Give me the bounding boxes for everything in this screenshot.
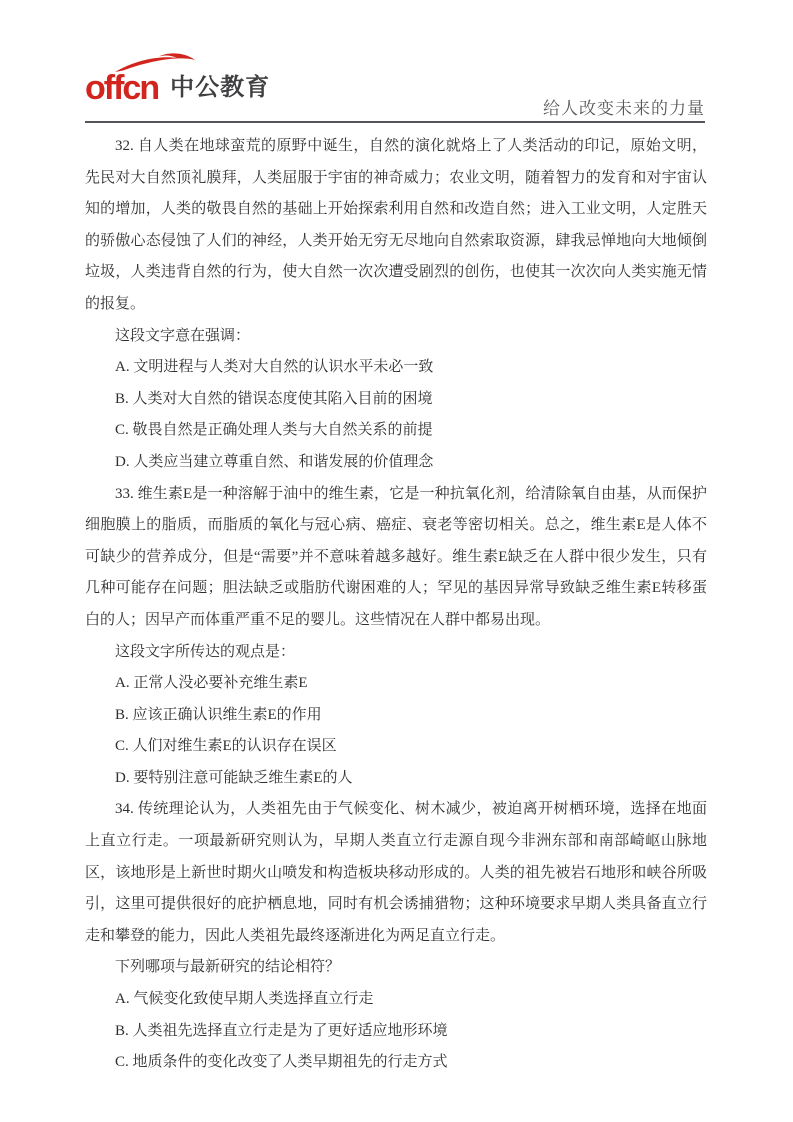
question-stem: 这段文字意在强调：	[85, 321, 707, 353]
questions-area: 32. 自人类在地球蛮荒的原野中诞生，自然的演化就烙上了人类活动的印记，原始文明…	[85, 131, 707, 1079]
question-option: C. 人们对维生素E的认识存在误区	[85, 731, 707, 763]
question-body: 32. 自人类在地球蛮荒的原野中诞生，自然的演化就烙上了人类活动的印记，原始文明…	[85, 131, 707, 321]
question-body: 34. 传统理论认为，人类祖先由于气候变化、树木减少，被迫离开树栖环境，选择在地…	[85, 794, 707, 952]
header-divider	[85, 121, 705, 123]
question-option: B. 人类对大自然的错误态度使其陷入目前的困境	[85, 384, 707, 416]
question-option: D. 人类应当建立尊重自然、和谐发展的价值理念	[85, 447, 707, 479]
logo-cn-text: 中公教育	[170, 73, 270, 105]
question-option: C. 地质条件的变化改变了人类早期祖先的行走方式	[85, 1047, 707, 1079]
question-option: A. 气候变化致使早期人类选择直立行走	[85, 984, 707, 1016]
logo-swoosh-icon	[115, 53, 197, 73]
question-block: 33. 维生素E是一种溶解于油中的维生素，它是一种抗氧化剂，给清除氧自由基，从而…	[85, 479, 707, 795]
question-body: 33. 维生素E是一种溶解于油中的维生素，它是一种抗氧化剂，给清除氧自由基，从而…	[85, 479, 707, 637]
question-block: 32. 自人类在地球蛮荒的原野中诞生，自然的演化就烙上了人类活动的印记，原始文明…	[85, 131, 707, 479]
question-option: A. 正常人没必要补充维生素E	[85, 668, 707, 700]
offcn-logo: offcn 中公教育	[85, 55, 270, 105]
question-option: A. 文明进程与人类对大自然的认识水平未必一致	[85, 352, 707, 384]
page-header: offcn 中公教育 给人改变未来的力量	[0, 0, 793, 130]
question-block: 34. 传统理论认为，人类祖先由于气候变化、树木减少，被迫离开树栖环境，选择在地…	[85, 794, 707, 1078]
header-tagline: 给人改变未来的力量	[543, 94, 705, 119]
logo-wordmark-wrap: offcn	[85, 55, 158, 105]
logo-wordmark: offcn	[85, 71, 158, 105]
document-page: offcn 中公教育 给人改变未来的力量 32. 自人类在地球蛮荒的原野中诞生，…	[0, 0, 793, 1122]
question-stem: 这段文字所传达的观点是：	[85, 637, 707, 669]
question-stem: 下列哪项与最新研究的结论相符？	[85, 952, 707, 984]
question-option: B. 人类祖先选择直立行走是为了更好适应地形环境	[85, 1016, 707, 1048]
question-option: B. 应该正确认识维生素E的作用	[85, 700, 707, 732]
question-option: D. 要特别注意可能缺乏维生素E的人	[85, 763, 707, 795]
question-option: C. 敬畏自然是正确处理人类与大自然关系的前提	[85, 415, 707, 447]
